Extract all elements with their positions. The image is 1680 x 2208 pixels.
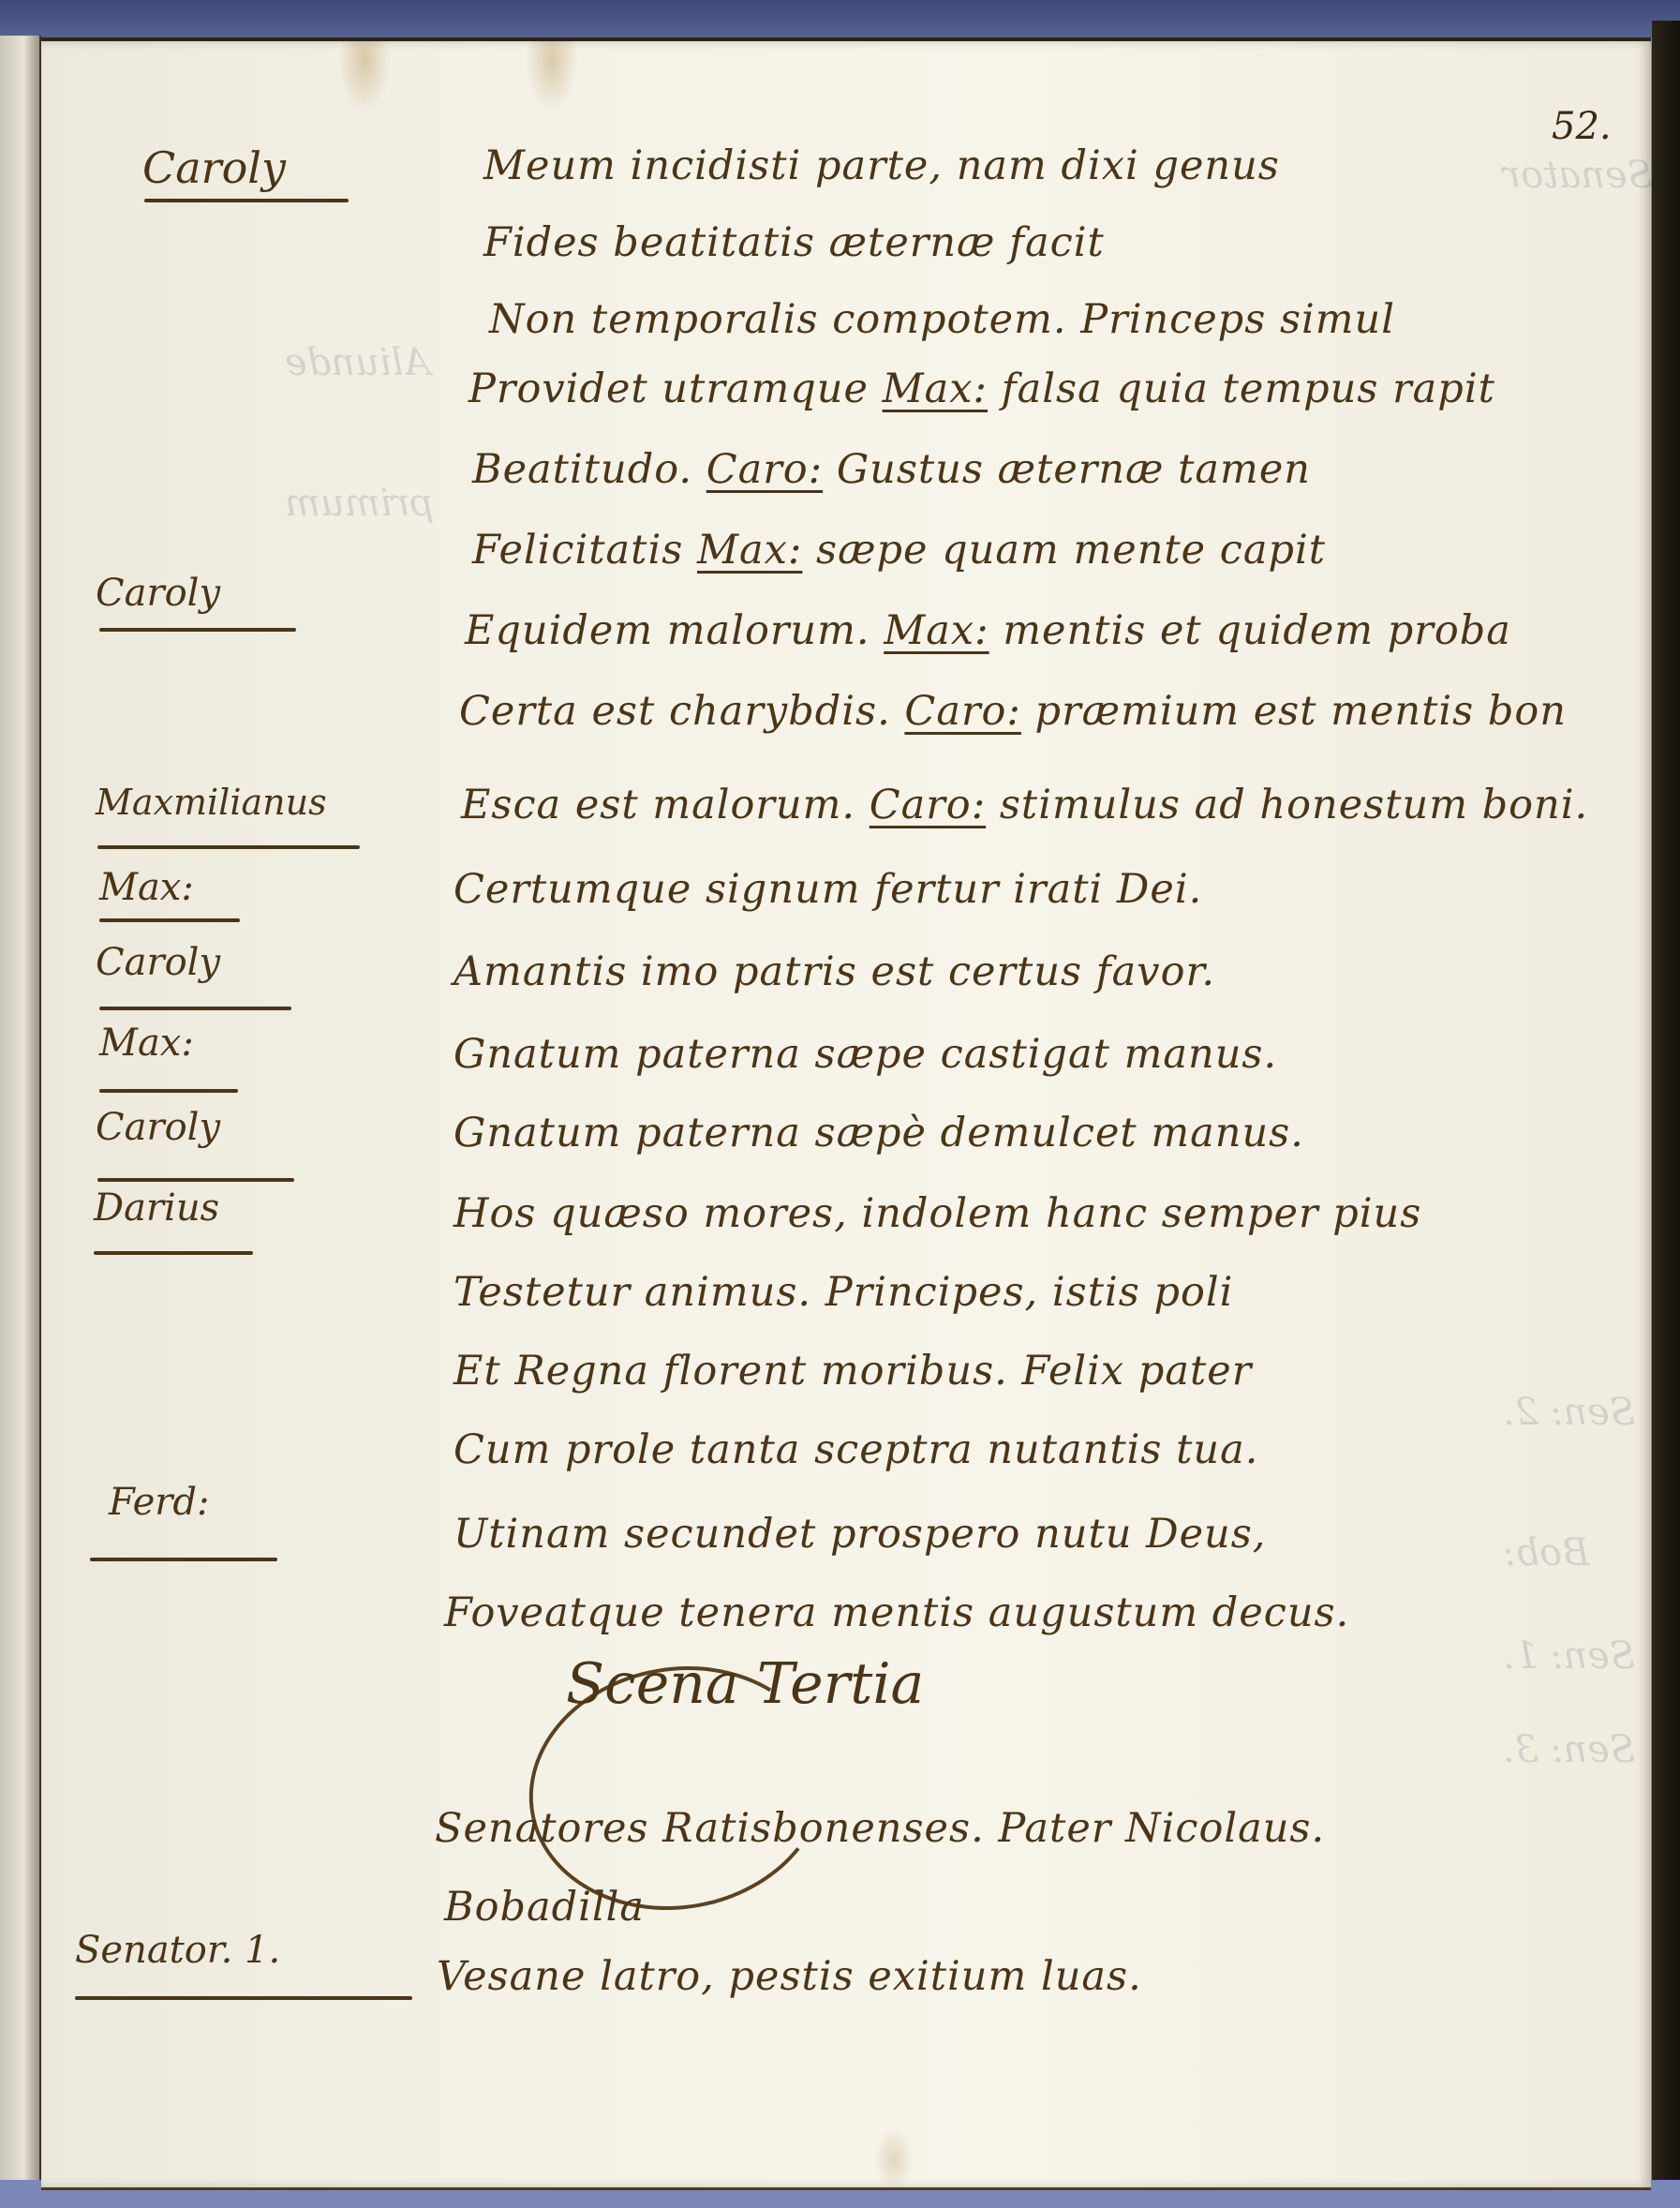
inline-speaker: Max: [697,527,802,574]
speaker-underline [99,918,240,922]
verse-line: Certumque signum fertur irati Dei. [453,866,1202,913]
verse-line: Vesane latro, pestis exitium luas. [437,1953,1142,2000]
verse-line: Utinam secundet prospero nutu Deus, [453,1511,1266,1558]
inline-speaker: Max: [883,366,988,412]
speaker-name: Senator. 1. [75,1929,280,1972]
facing-page-edge [0,36,41,2186]
verse-line: Amantis imo patris est certus favor. [453,948,1215,995]
verse-text: falsa quia tempus rapit [988,366,1495,412]
book-cover-edge [1652,21,1680,2195]
verse-text: stimulus ad honestum boni. [986,782,1588,828]
verse-line: Meum incidisti parte, nam dixi genus [483,142,1280,189]
verse-line: Equidem malorum. Max: mentis et quidem p… [465,607,1511,654]
verse-text: Equidem malorum. [465,607,884,654]
speaker-underline [75,1996,412,2000]
speaker-underline [90,1558,277,1561]
verse-line: Certa est charybdis. Caro: præmium est m… [459,688,1567,735]
speaker-underline [97,1178,294,1182]
verse-line: Foveatque tenera mentis augustum decus. [444,1589,1349,1636]
speaker-underline [99,1089,238,1093]
verse-line: Providet utramque Max: falsa quia tempus… [468,366,1495,412]
verse-text: Certa est charybdis. [459,688,904,735]
speaker-underline [97,845,360,849]
speaker-name: Ferd: [109,1481,209,1524]
verse-text: Esca est malorum. [461,782,870,828]
verse-text: Felicitatis [472,527,697,574]
show-through-text: Sen: 2. [1503,1391,1635,1434]
inline-speaker: Caro: [706,446,823,493]
speaker-underline [99,628,296,632]
verse-line: Esca est malorum. Caro: stimulus ad hone… [461,782,1588,828]
verse-line: Gnatum paterna sæpè demulcet manus. [453,1110,1304,1156]
show-through-text: Bob: [1503,1531,1590,1574]
verse-line: Felicitatis Max: sæpe quam mente capit [472,527,1326,574]
speaker-name: Darius [94,1186,219,1230]
inline-speaker: Caro: [870,782,986,828]
manuscript-page: Senator Aliunde primum Sen: 2. Bob: Sen:… [41,37,1651,2190]
show-through-text: primum [285,482,434,525]
scan-background-top [0,0,1680,37]
verse-line: Beatitudo. Caro: Gustus æternæ tamen [472,446,1311,493]
verse-line: Hos quæso mores, indolem hanc semper piu… [453,1190,1421,1237]
verse-line: Et Regna florent moribus. Felix pater [453,1348,1252,1395]
show-through-text: Sen: 3. [1503,1728,1635,1771]
show-through-text: Aliunde [285,341,430,384]
speaker-name: Caroly [96,572,220,615]
speaker-name: Maxmilianus [96,782,327,823]
inline-speaker: Max: [884,607,989,654]
verse-line: Gnatum paterna sæpe castigat manus. [453,1031,1277,1078]
speaker-underline [94,1251,253,1255]
verse-line: Fides beatitatis æternæ facit [483,219,1105,266]
cast-line: Senatores Ratisbonenses. Pater Nicolaus. [435,1805,1325,1852]
speaker-name: Caroly [96,1106,220,1149]
speaker-underline [144,199,349,202]
speaker-underline [99,1007,291,1010]
page-number: 52. [1552,105,1612,148]
verse-line: Non temporalis compotem. Princeps simul [489,296,1395,343]
scene-title: Scena Tertia [566,1651,924,1717]
speaker-name: Max: [99,866,194,909]
verse-line: Cum prole tanta sceptra nutantis tua. [453,1426,1258,1473]
speaker-name: Max: [99,1022,194,1065]
show-through-text: Senator [1503,154,1653,197]
verse-line: Testetur animus. Principes, istis poli [453,1269,1233,1316]
cast-line: Bobadilla [444,1884,645,1931]
verse-text: Gustus æternæ tamen [823,446,1311,493]
verse-text: Beatitudo. [472,446,706,493]
speaker-name: Caroly [142,142,286,193]
inline-speaker: Caro: [904,688,1020,735]
verse-text: sæpe quam mente capit [802,527,1326,574]
verse-text: mentis et quidem proba [989,607,1511,654]
verse-text: Providet utramque [468,366,883,412]
speaker-name: Caroly [96,941,220,984]
show-through-text: Sen: 1. [1503,1634,1635,1678]
verse-text: præmium est mentis bon [1021,688,1567,735]
